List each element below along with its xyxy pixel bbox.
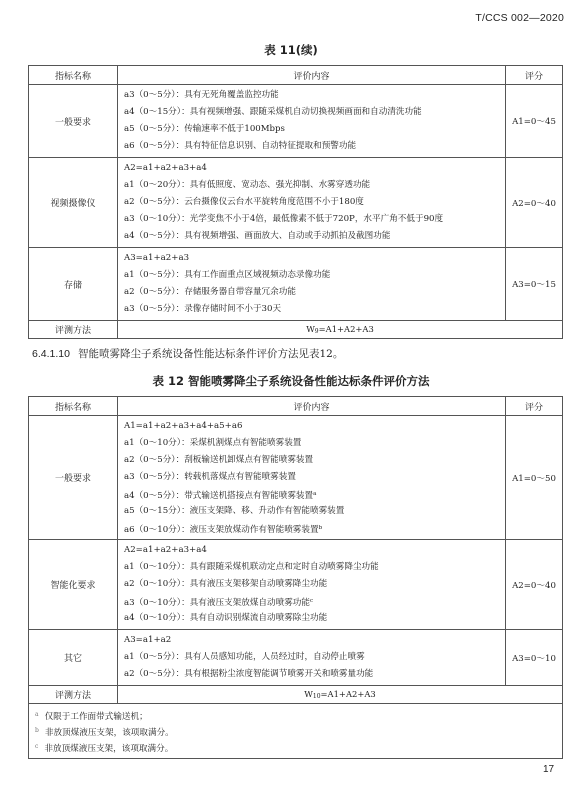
- indicator-name: 存储: [29, 248, 118, 321]
- clause-6-4-1-10: 6.4.1.10智能喷雾降尘子系统设备性能达标条件评价方法见表12。: [32, 346, 343, 361]
- content-line: a3（0～10分）：具有液压支架放煤自动喷雾功能c: [124, 593, 505, 610]
- table-row: 其它 A3=a1+a2 a1（0～5分）：具有人员感知功能，人员经过时，自动停止…: [29, 630, 563, 686]
- score-range: A3=0～10: [506, 630, 563, 686]
- content-line: a5（0～5分）：传输速率不低于100Mbps: [124, 121, 505, 138]
- score-range: A1=0～50: [506, 416, 563, 540]
- content-line: a3（0～5分）：录像存储时间不小于30天: [124, 301, 505, 318]
- content-line: a3（0～5分）：具有无死角覆盖监控功能: [124, 87, 505, 104]
- indicator-name: 一般要求: [29, 85, 118, 158]
- column-header-content: 评价内容: [118, 66, 506, 85]
- content-line: A3=a1+a2: [124, 632, 505, 649]
- content-line: a1（0～20分）：具有低照度、宽动态、强光抑制、水雾穿透功能: [124, 177, 505, 194]
- method-row: 评测方法 W9=A1+A2+A3: [29, 321, 563, 339]
- column-header-score: 评分: [506, 66, 563, 85]
- content-line: A2=a1+a2+a3+a4: [124, 160, 505, 177]
- method-formula: W9=A1+A2+A3: [118, 321, 563, 339]
- content-line: a2（0～5分）：存储服务器自带容量冗余功能: [124, 284, 505, 301]
- content-line: a4（0～5分）：带式输送机搭接点有智能喷雾装置a: [124, 486, 505, 503]
- method-label: 评测方法: [29, 321, 118, 339]
- footnote: a仅限于工作面带式输送机；: [35, 707, 562, 723]
- evaluation-content: A1=a1+a2+a3+a4+a5+a6 a1（0～10分）：采煤机割煤点有智能…: [118, 416, 506, 540]
- evaluation-content: A2=a1+a2+a3+a4 a1（0～10分）：具有跟随采煤机联动定点和定时自…: [118, 540, 506, 630]
- page-number: 17: [543, 764, 554, 775]
- evaluation-content: A3=a1+a2+a3 a1（0～5分）：具有工作面重点区域视频动态录像功能 a…: [118, 248, 506, 321]
- content-line: a5（0～15分）：液压支架降、移、升动作有智能喷雾装置: [124, 503, 505, 520]
- content-line: a4（0～10分）：具有自动识别煤流自动喷雾除尘功能: [124, 610, 505, 627]
- table-row: 存储 A3=a1+a2+a3 a1（0～5分）：具有工作面重点区域视频动态录像功…: [29, 248, 563, 321]
- table-12-title: 表 12 智能喷雾降尘子系统设备性能达标条件评价方法: [0, 373, 582, 389]
- method-formula: W10=A1+A2+A3: [118, 686, 563, 704]
- indicator-name: 智能化要求: [29, 540, 118, 630]
- notes-row: a仅限于工作面带式输送机； b非放顶煤液压支架，该项取满分。 c非放顶煤液压支架…: [29, 704, 563, 759]
- content-line: a2（0～5分）：云台摄像仪云台水平旋转角度范围不小于180度: [124, 194, 505, 211]
- content-line: a1（0～10分）：具有跟随采煤机联动定点和定时自动喷雾降尘功能: [124, 559, 505, 576]
- score-range: A1=0～45: [506, 85, 563, 158]
- footnote-ref: a: [313, 491, 316, 497]
- content-line: a1（0～5分）：具有工作面重点区域视频动态录像功能: [124, 267, 505, 284]
- footnote-ref: c: [310, 598, 313, 604]
- content-line: a6（0～10分）：液压支架放煤动作有智能喷雾装置b: [124, 520, 505, 537]
- table-11-title: 表 11(续): [0, 42, 582, 58]
- footnote: c非放顶煤液压支架，该项取满分。: [35, 739, 562, 755]
- content-line: a4（0～15分）：具有视频增强、跟随采煤机自动切换视频画面和自动清洗功能: [124, 104, 505, 121]
- content-line: a3（0～5分）：转载机落煤点有智能喷雾装置: [124, 469, 505, 486]
- evaluation-content: a3（0～5分）：具有无死角覆盖监控功能 a4（0～15分）：具有视频增强、跟随…: [118, 85, 506, 158]
- score-range: A2=0～40: [506, 540, 563, 630]
- column-header-indicator: 指标名称: [29, 397, 118, 416]
- content-line: A2=a1+a2+a3+a4: [124, 542, 505, 559]
- content-line: a1（0～5分）：具有人员感知功能，人员经过时，自动停止喷雾: [124, 649, 505, 666]
- evaluation-content: A2=a1+a2+a3+a4 a1（0～20分）：具有低照度、宽动态、强光抑制、…: [118, 158, 506, 248]
- table-row: 一般要求 a3（0～5分）：具有无死角覆盖监控功能 a4（0～15分）：具有视频…: [29, 85, 563, 158]
- footnote: b非放顶煤液压支架，该项取满分。: [35, 723, 562, 739]
- table-notes: a仅限于工作面带式输送机； b非放顶煤液压支架，该项取满分。 c非放顶煤液压支架…: [29, 704, 563, 759]
- column-header-score: 评分: [506, 397, 563, 416]
- content-line: A1=a1+a2+a3+a4+a5+a6: [124, 418, 505, 435]
- content-line: a4（0～5分）：具有视频增强、画面放大、自动或手动抓拍及截图功能: [124, 228, 505, 245]
- content-line: A3=a1+a2+a3: [124, 250, 505, 267]
- table-header-row: 指标名称 评价内容 评分: [29, 66, 563, 85]
- indicator-name: 一般要求: [29, 416, 118, 540]
- table-row: 智能化要求 A2=a1+a2+a3+a4 a1（0～10分）：具有跟随采煤机联动…: [29, 540, 563, 630]
- method-row: 评测方法 W10=A1+A2+A3: [29, 686, 563, 704]
- clause-number: 6.4.1.10: [32, 348, 70, 360]
- footnote-ref: b: [319, 525, 323, 531]
- table-11: 指标名称 评价内容 评分 一般要求 a3（0～5分）：具有无死角覆盖监控功能 a…: [28, 65, 563, 339]
- method-label: 评测方法: [29, 686, 118, 704]
- content-line: a3（0～10分）：光学变焦不小于4倍，最低像素不低于720P，水平广角不低于9…: [124, 211, 505, 228]
- score-range: A3=0～15: [506, 248, 563, 321]
- indicator-name: 其它: [29, 630, 118, 686]
- indicator-name: 视频摄像仪: [29, 158, 118, 248]
- content-line: a2（0～5分）：刮板输送机卸煤点有智能喷雾装置: [124, 452, 505, 469]
- column-header-indicator: 指标名称: [29, 66, 118, 85]
- table-row: 视频摄像仪 A2=a1+a2+a3+a4 a1（0～20分）：具有低照度、宽动态…: [29, 158, 563, 248]
- table-row: 一般要求 A1=a1+a2+a3+a4+a5+a6 a1（0～10分）：采煤机割…: [29, 416, 563, 540]
- content-line: a1（0～10分）：采煤机割煤点有智能喷雾装置: [124, 435, 505, 452]
- content-line: a6（0～5分）：具有特征信息识别、自动特征提取和预警功能: [124, 138, 505, 155]
- column-header-content: 评价内容: [118, 397, 506, 416]
- content-line: a2（0～5分）：具有根据粉尘浓度智能调节喷雾开关和喷雾量功能: [124, 666, 505, 683]
- document-code: T/CCS 002—2020: [475, 12, 564, 24]
- evaluation-content: A3=a1+a2 a1（0～5分）：具有人员感知功能，人员经过时，自动停止喷雾 …: [118, 630, 506, 686]
- table-12: 指标名称 评价内容 评分 一般要求 A1=a1+a2+a3+a4+a5+a6 a…: [28, 396, 563, 759]
- clause-text: 智能喷雾降尘子系统设备性能达标条件评价方法见表12。: [78, 348, 343, 360]
- content-line: a2（0～10分）：具有液压支架移架自动喷雾降尘功能: [124, 576, 505, 593]
- score-range: A2=0～40: [506, 158, 563, 248]
- table-header-row: 指标名称 评价内容 评分: [29, 397, 563, 416]
